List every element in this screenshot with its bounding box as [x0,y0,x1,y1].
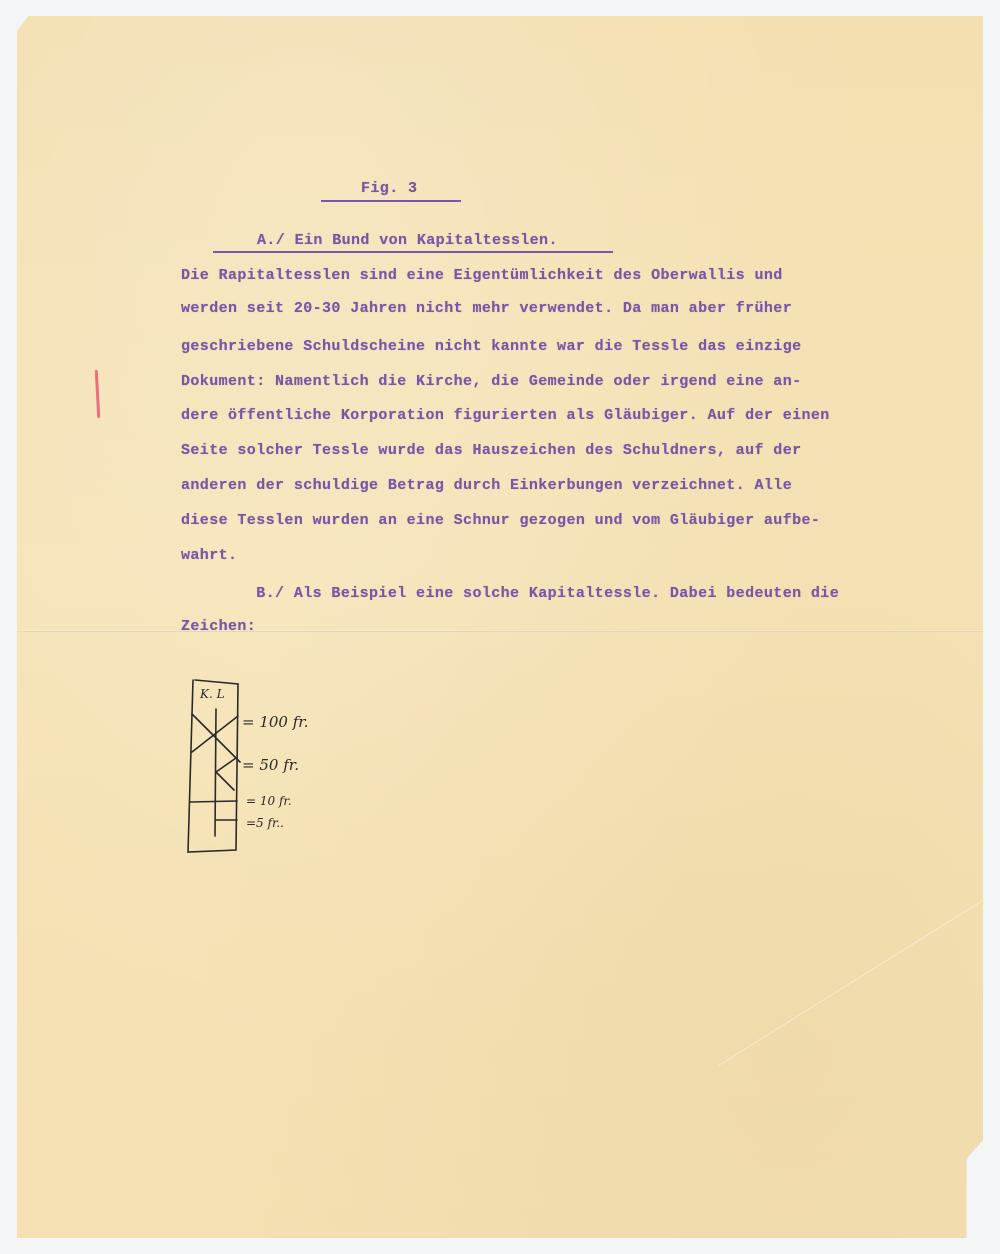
sketch-header-mark: K. L [199,687,225,701]
tally-stick-sketch: K. L = 100 fr. = 50 fr. = 10 fr. =5 fr.. [180,672,330,862]
legend-100: = 100 fr. [242,713,309,731]
figure-label: Fig. 3 [361,180,417,197]
section-a-heading: A./ Ein Bund von Kapitaltesslen. [257,232,558,249]
body-line: Dokument: Namentlich die Kirche, die Gem… [181,373,802,390]
section-a-underline [213,251,613,253]
body-line: geschriebene Schuldscheine nicht kannte … [181,338,802,355]
body-line: Die Rapitaltesslen sind eine Eigentümlic… [181,267,783,284]
half-cross-50-mark [216,758,236,790]
paper-sheet [17,16,983,1238]
bar-10-mark [190,801,237,802]
legend-5: =5 fr.. [246,816,284,830]
body-line: dere öffentliche Korporation figurierten… [181,407,830,424]
figure-label-underline [321,200,461,202]
paper-crease [717,875,1000,1067]
paper-fold-line [17,630,983,632]
body-line: werden seit 20-30 Jahren nicht mehr verw… [181,300,792,317]
stick-outline [188,680,238,852]
body-line: diese Tesslen wurden an eine Schnur gezo… [181,512,820,529]
body-line: anderen der schuldige Betrag durch Einke… [181,477,792,494]
legend-10: = 10 fr. [246,794,292,808]
body-line: Seite solcher Tessle wurde das Hauszeich… [181,442,802,459]
body-line: wahrt. [181,547,237,564]
section-b-line: B./ Als Beispiel eine solche Kapitaltess… [181,585,839,602]
section-b-line: Zeichen: [181,618,256,635]
legend-50: = 50 fr. [242,756,299,774]
